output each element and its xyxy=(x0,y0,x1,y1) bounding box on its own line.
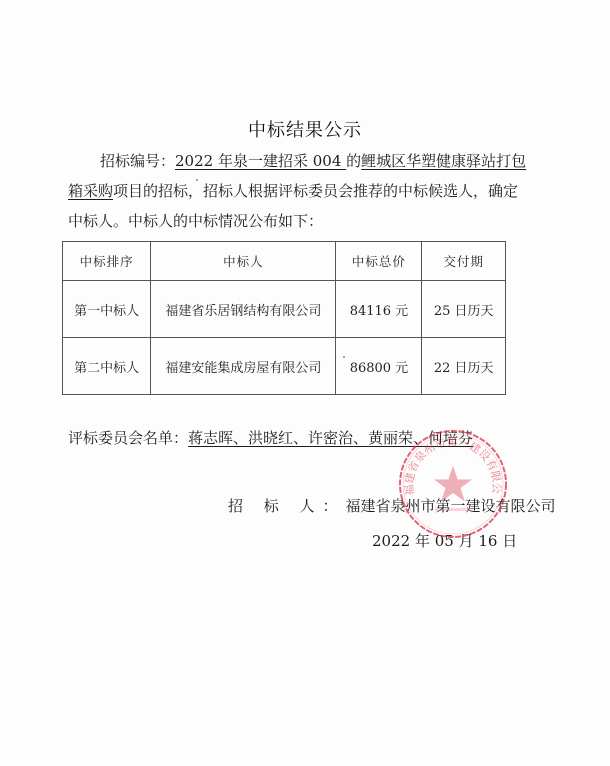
table-row: 第二中标人 福建安能集成房屋有限公司 86800 元 22 日历天 xyxy=(63,338,506,395)
table-header-row: 中标排序 中标人 中标总价 交付期 xyxy=(63,242,506,281)
cell-rank: 第一中标人 xyxy=(63,281,151,338)
scan-speck xyxy=(343,356,345,358)
document-title: 中标结果公示 xyxy=(0,116,610,142)
header-total-price: 中标总价 xyxy=(336,242,422,281)
project-name-part-2: 箱采购 xyxy=(68,182,113,200)
publication-date: 2022 年 05 月 16 日 xyxy=(372,530,517,551)
tender-number-label: 招标编号： xyxy=(100,152,175,170)
cell-total-price: 86800 元 xyxy=(336,338,422,395)
cell-winner: 福建安能集成房屋有限公司 xyxy=(151,338,336,395)
committee-label: 评标委员会名单： xyxy=(68,429,188,447)
project-name-part-1: 鲤城区华塑健康驿站打包 xyxy=(361,152,526,170)
committee-members: 蒋志晖、洪晓红、许密治、黄丽荣、何培芬 xyxy=(188,429,473,447)
document-page: 中标结果公示 招标编号：2022 年泉一建招采 004 的鲤城区华塑健康驿站打包… xyxy=(0,0,610,766)
tenderer-label: 招 标 人： xyxy=(228,497,346,515)
cell-delivery: 25 日历天 xyxy=(422,281,506,338)
tenderer-signature: 招 标 人：福建省泉州市第一建设有限公司 xyxy=(228,495,556,516)
header-rank: 中标排序 xyxy=(63,242,151,281)
intro-line-2: 箱采购项目的招标，招标人根据评标委员会推荐的中标候选人，确定 xyxy=(68,176,548,206)
header-winner: 中标人 xyxy=(151,242,336,281)
cell-delivery: 22 日历天 xyxy=(422,338,506,395)
header-delivery: 交付期 xyxy=(422,242,506,281)
scan-speck xyxy=(196,179,198,181)
cell-rank: 第二中标人 xyxy=(63,338,151,395)
intro-line-3: 中标人。中标人的中标情况公布如下： xyxy=(68,206,548,236)
tenderer-name: 福建省泉州市第一建设有限公司 xyxy=(346,497,556,515)
intro-line-1: 招标编号：2022 年泉一建招采 004 的鲤城区华塑健康驿站打包 xyxy=(68,146,548,176)
committee-list: 评标委员会名单：蒋志晖、洪晓红、许密治、黄丽荣、何培芬 xyxy=(68,427,473,448)
results-table: 中标排序 中标人 中标总价 交付期 第一中标人 福建省乐居钢结构有限公司 841… xyxy=(62,241,506,395)
cell-winner: 福建省乐居钢结构有限公司 xyxy=(151,281,336,338)
cell-total-price: 84116 元 xyxy=(336,281,422,338)
tender-number: 2022 年泉一建招采 004 xyxy=(175,152,346,170)
intro-connector: 的 xyxy=(346,152,361,170)
table-row: 第一中标人 福建省乐居钢结构有限公司 84116 元 25 日历天 xyxy=(63,281,506,338)
intro-paragraph: 招标编号：2022 年泉一建招采 004 的鲤城区华塑健康驿站打包 箱采购项目的… xyxy=(68,146,548,236)
intro-text-2: 项目的招标，招标人根据评标委员会推荐的中标候选人，确定 xyxy=(113,182,518,200)
